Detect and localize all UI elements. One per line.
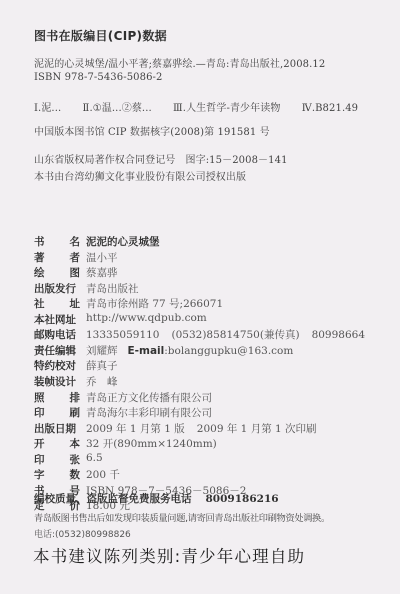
field-label: 印刷 [34, 405, 80, 420]
field-label-part: 排 [70, 390, 81, 405]
field-value: 2009 年 1 月第 1 版2009 年 1 月第 1 次印刷 [86, 421, 317, 436]
field-label-part: 装帧设计 [34, 374, 76, 389]
field-label: 书名 [34, 234, 80, 249]
field-value-text: 2009 年 1 月第 1 版 [86, 423, 185, 435]
field-value-text: 青岛市徐州路 77 号;266071 [86, 298, 223, 310]
field-label-part: 出版日期 [34, 421, 76, 436]
cip-bibliographic-line: 泥泥的心灵城堡/温小平著;蔡嘉骅绘.—青岛:青岛出版社,2008.12 [34, 55, 325, 70]
field-label: 照排 [34, 390, 80, 405]
field-label-part: 张 [70, 452, 81, 467]
field-label-part: 绘 [34, 265, 45, 280]
copyright-registration: 山东省版权局著作权合同登记号 图字:15－2008－141 [34, 151, 288, 166]
field-label-part: 特约校对 [34, 358, 76, 373]
field-value-text: 6.5 [86, 452, 103, 464]
field-label-part: 责任编辑 [34, 343, 76, 358]
field-value: 青岛正方文化传播有限公司 [86, 390, 212, 405]
field-value-text: 青岛海尔丰彩印刷有限公司 [86, 407, 212, 419]
field-value: 200 千 [86, 467, 120, 482]
field-label-part: 书 [34, 234, 45, 249]
field-value-text: 泥泥的心灵城堡 [86, 236, 160, 248]
field-label-part: 印 [34, 452, 45, 467]
field-label-part: 字 [34, 467, 45, 482]
field-label-part: 印 [34, 405, 45, 420]
field-value: 青岛市徐州路 77 号;266071 [86, 296, 223, 311]
field-label: 邮购电话 [34, 327, 80, 342]
cip-library-record: 中国版本图书馆 CIP 数据核字(2008)第 191581 号 [34, 123, 270, 138]
field-value-secondary: (0532)85814750(兼传真) [172, 329, 300, 341]
email-label: E-mail [128, 345, 165, 357]
field-label-part: 著 [34, 250, 45, 265]
field-value: 薛真子 [86, 358, 118, 373]
field-label: 装帧设计 [34, 374, 80, 389]
field-value-text: 薛真子 [86, 360, 118, 372]
field-label: 字数 [34, 467, 80, 482]
copyright-page: 图书在版编目(CIP)数据 泥泥的心灵城堡/温小平著;蔡嘉骅绘.—青岛:青岛出版… [0, 0, 400, 594]
field-value-text: 蔡嘉骅 [86, 267, 118, 279]
field-value: 13335059110(0532)85814750(兼传真)80998664 [86, 327, 365, 342]
field-value-text: 32 开(890mm×1240mm) [86, 438, 217, 450]
field-value-text: 青岛正方文化传播有限公司 [86, 392, 212, 404]
field-label-part: 名 [70, 234, 81, 249]
field-label: 本社网址 [34, 312, 80, 327]
field-value: 青岛出版社 [86, 281, 139, 296]
field-label: 社址 [34, 296, 80, 311]
field-label-part: 本 [70, 436, 81, 451]
field-label: 特约校对 [34, 358, 80, 373]
field-value-text: 温小平 [86, 252, 118, 264]
field-label-part: 刷 [70, 405, 81, 420]
field-value-text: 刘耀辉 [86, 345, 118, 357]
field-value: 乔 峰 [86, 374, 118, 389]
field-label-part: 社 [34, 296, 45, 311]
return-notice: 青岛版图书售出后如发现印装质量问题,请寄回青岛出版社印刷物资处调换。 [34, 510, 330, 524]
field-label: 责任编辑 [34, 343, 80, 358]
field-value: 32 开(890mm×1240mm) [86, 436, 217, 451]
field-value: http://www.qdpub.com [86, 312, 207, 324]
field-label: 著者 [34, 250, 80, 265]
field-value: 温小平 [86, 250, 118, 265]
field-value-text: 乔 峰 [86, 376, 118, 388]
field-value-secondary: 2009 年 1 月第 1 次印刷 [197, 423, 317, 435]
field-value: 青岛海尔丰彩印刷有限公司 [86, 405, 212, 420]
cip-title: 图书在版编目(CIP)数据 [34, 27, 167, 44]
field-value-text: 13335059110 [86, 329, 160, 341]
field-value-text: http://www.qdpub.com [86, 312, 207, 324]
cip-classification: Ⅰ.泥... Ⅱ.①温...②蔡... Ⅲ.人生哲学-青少年读物 Ⅳ.B821.… [34, 99, 358, 114]
class-ii: Ⅱ.①温...②蔡... [83, 103, 152, 114]
class-iii: Ⅲ.人生哲学-青少年读物 [173, 103, 280, 114]
field-label-part: 数 [70, 467, 81, 482]
field-label-part: 者 [70, 250, 81, 265]
field-value: 刘耀辉E-mail:bolanggupku@163.com [86, 343, 293, 358]
shelving-category: 本书建议陈列类别:青少年心理自助 [33, 543, 305, 567]
field-label-part: 开 [34, 436, 45, 451]
field-value-text: 青岛出版社 [86, 283, 139, 295]
copyright-authorization: 本书由台湾幼狮文化事业股份有限公司授权出版 [34, 168, 246, 183]
field-label: 绘图 [34, 265, 80, 280]
cip-isbn: ISBN 978-7-5436-5086-2 [34, 72, 163, 83]
field-value-tertiary: 80998664 [312, 329, 365, 341]
email-address: :bolanggupku@163.com [164, 345, 293, 357]
hotline-number: 8009186216 [206, 493, 279, 505]
field-label-part: 出版发行 [34, 281, 76, 296]
field-label: 出版日期 [34, 421, 80, 436]
field-label: 印张 [34, 452, 80, 467]
return-phone: 电话:(0532)80998826 [34, 527, 131, 540]
field-value: 蔡嘉骅 [86, 265, 118, 280]
hotline-label: 编校质量、盗版监督免费服务电话 [34, 493, 192, 505]
field-label-part: 邮购电话 [34, 327, 76, 342]
field-label: 开本 [34, 436, 80, 451]
quality-hotline: 编校质量、盗版监督免费服务电话8009186216 [34, 491, 279, 506]
field-value-text: 200 千 [86, 469, 120, 481]
field-value: 6.5 [86, 452, 103, 464]
field-label-part: 本社网址 [34, 312, 76, 327]
field-label-part: 照 [34, 390, 45, 405]
field-value: 泥泥的心灵城堡 [86, 234, 160, 249]
field-label-part: 址 [70, 296, 81, 311]
class-i: Ⅰ.泥... [34, 103, 61, 114]
field-label-part: 图 [70, 265, 81, 280]
class-iv: Ⅳ.B821.49 [302, 103, 358, 114]
field-label: 出版发行 [34, 281, 80, 296]
